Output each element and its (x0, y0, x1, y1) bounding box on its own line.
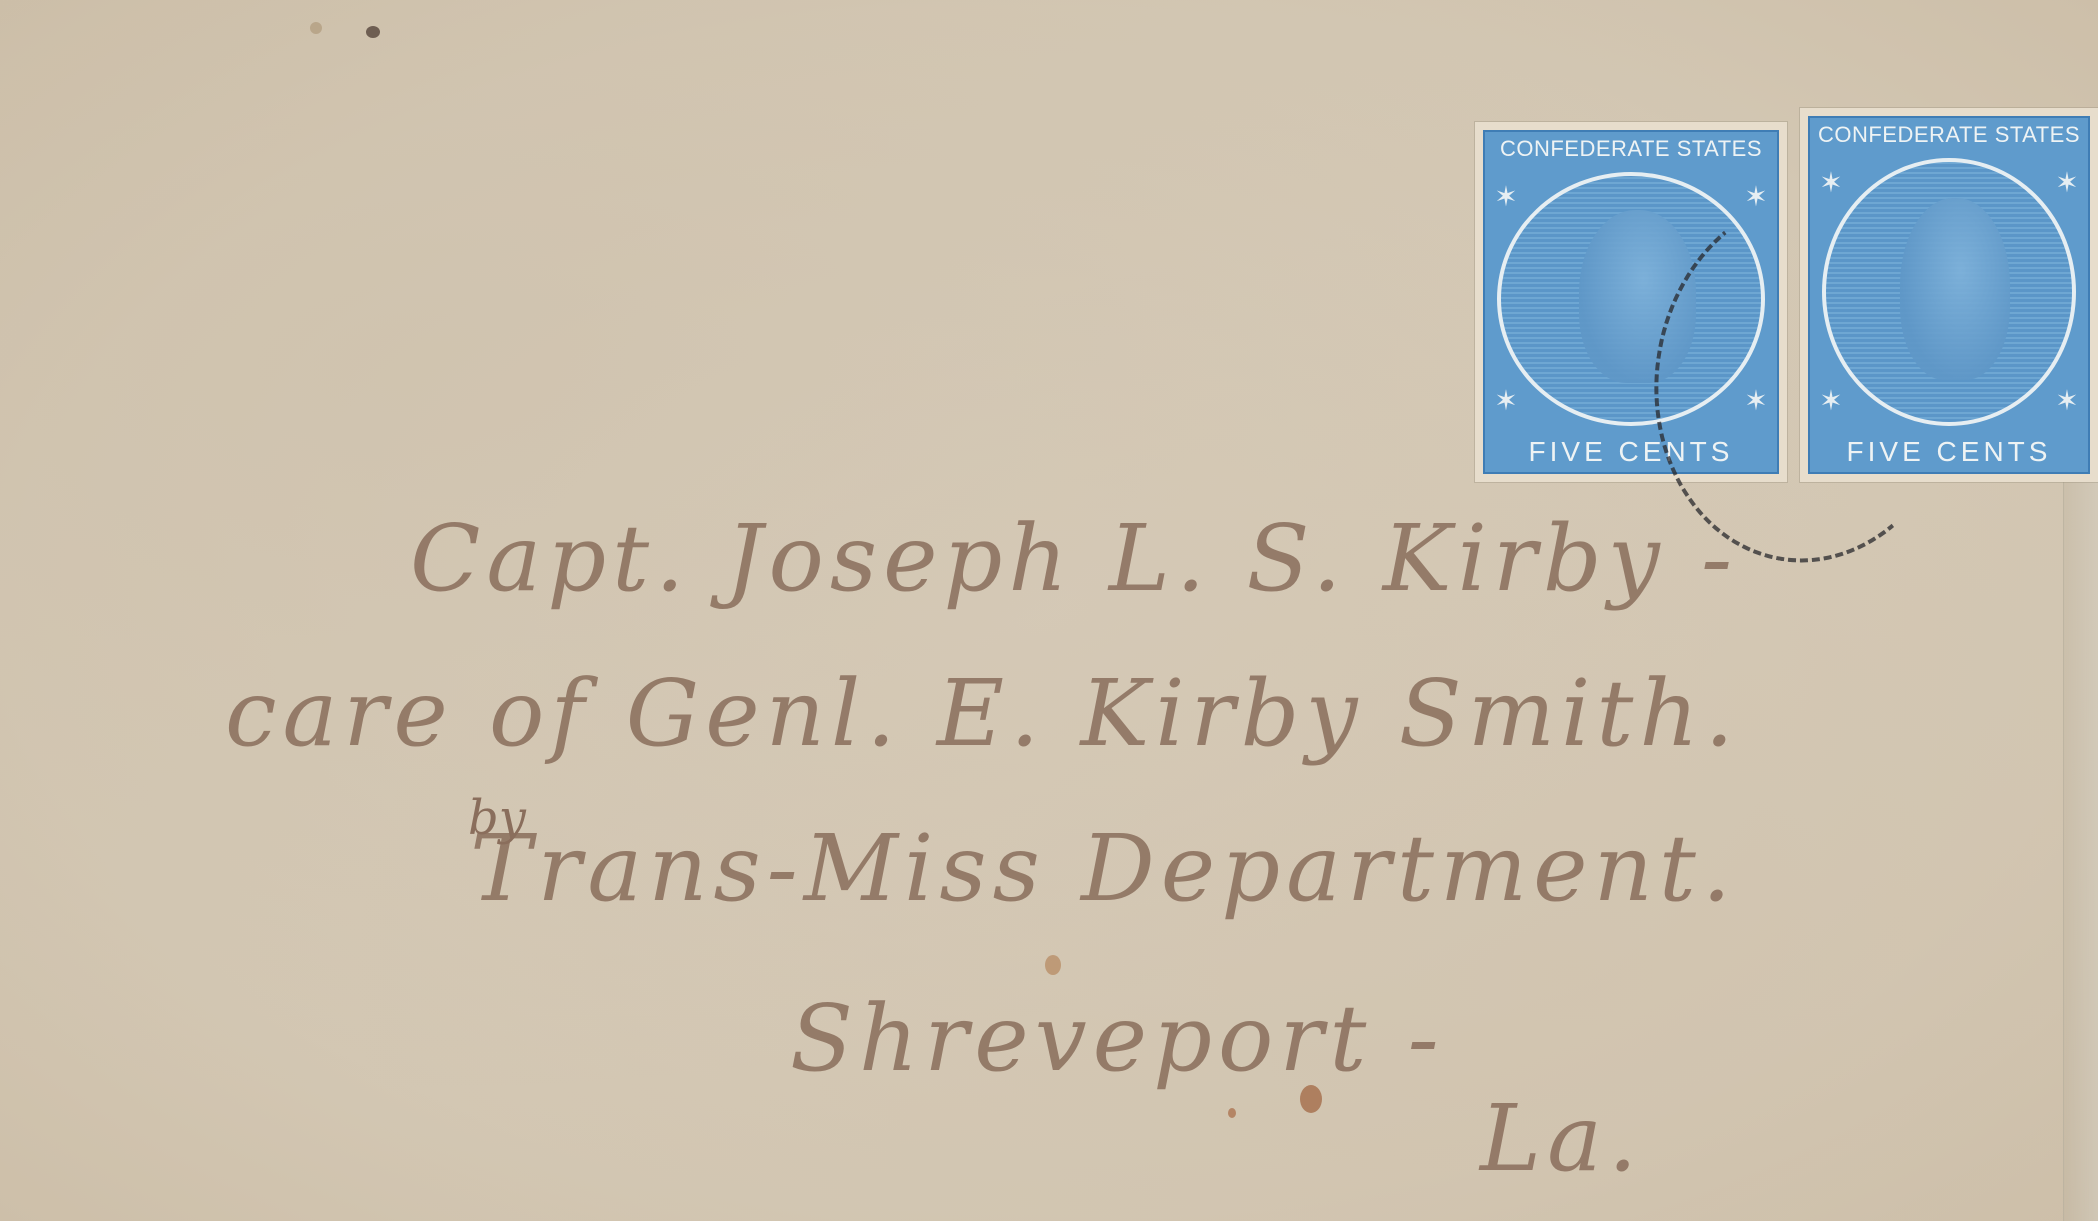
stamp-country-label: CONFEDERATE STATES (1485, 136, 1777, 162)
star-icon: ✶ (2052, 386, 2082, 416)
address-line-3: Trans-Miss Department. (470, 815, 1737, 922)
foxing-stain (1045, 955, 1061, 975)
paper-spot (366, 26, 380, 38)
envelope: CONFEDERATE STATES ✶ ✶ ✶ ✶ FIVE CENTS CO… (0, 0, 2098, 1221)
address-line-2: care of Genl. E. Kirby Smith. (225, 660, 1740, 767)
star-icon: ✶ (2052, 168, 2082, 198)
star-icon: ✶ (1491, 386, 1521, 416)
paper-spot (310, 22, 322, 34)
foxing-stain (1228, 1108, 1236, 1118)
address-line-1: Capt. Joseph L. S. Kirby - (410, 505, 1738, 612)
star-icon: ✶ (1816, 168, 1846, 198)
star-icon: ✶ (1491, 182, 1521, 212)
stamp-country-label: CONFEDERATE STATES (1810, 122, 2088, 148)
address-line-5: La. (1480, 1085, 1643, 1192)
address-line-4: Shreveport - (790, 985, 1445, 1092)
envelope-flap-edge (2063, 470, 2098, 1221)
